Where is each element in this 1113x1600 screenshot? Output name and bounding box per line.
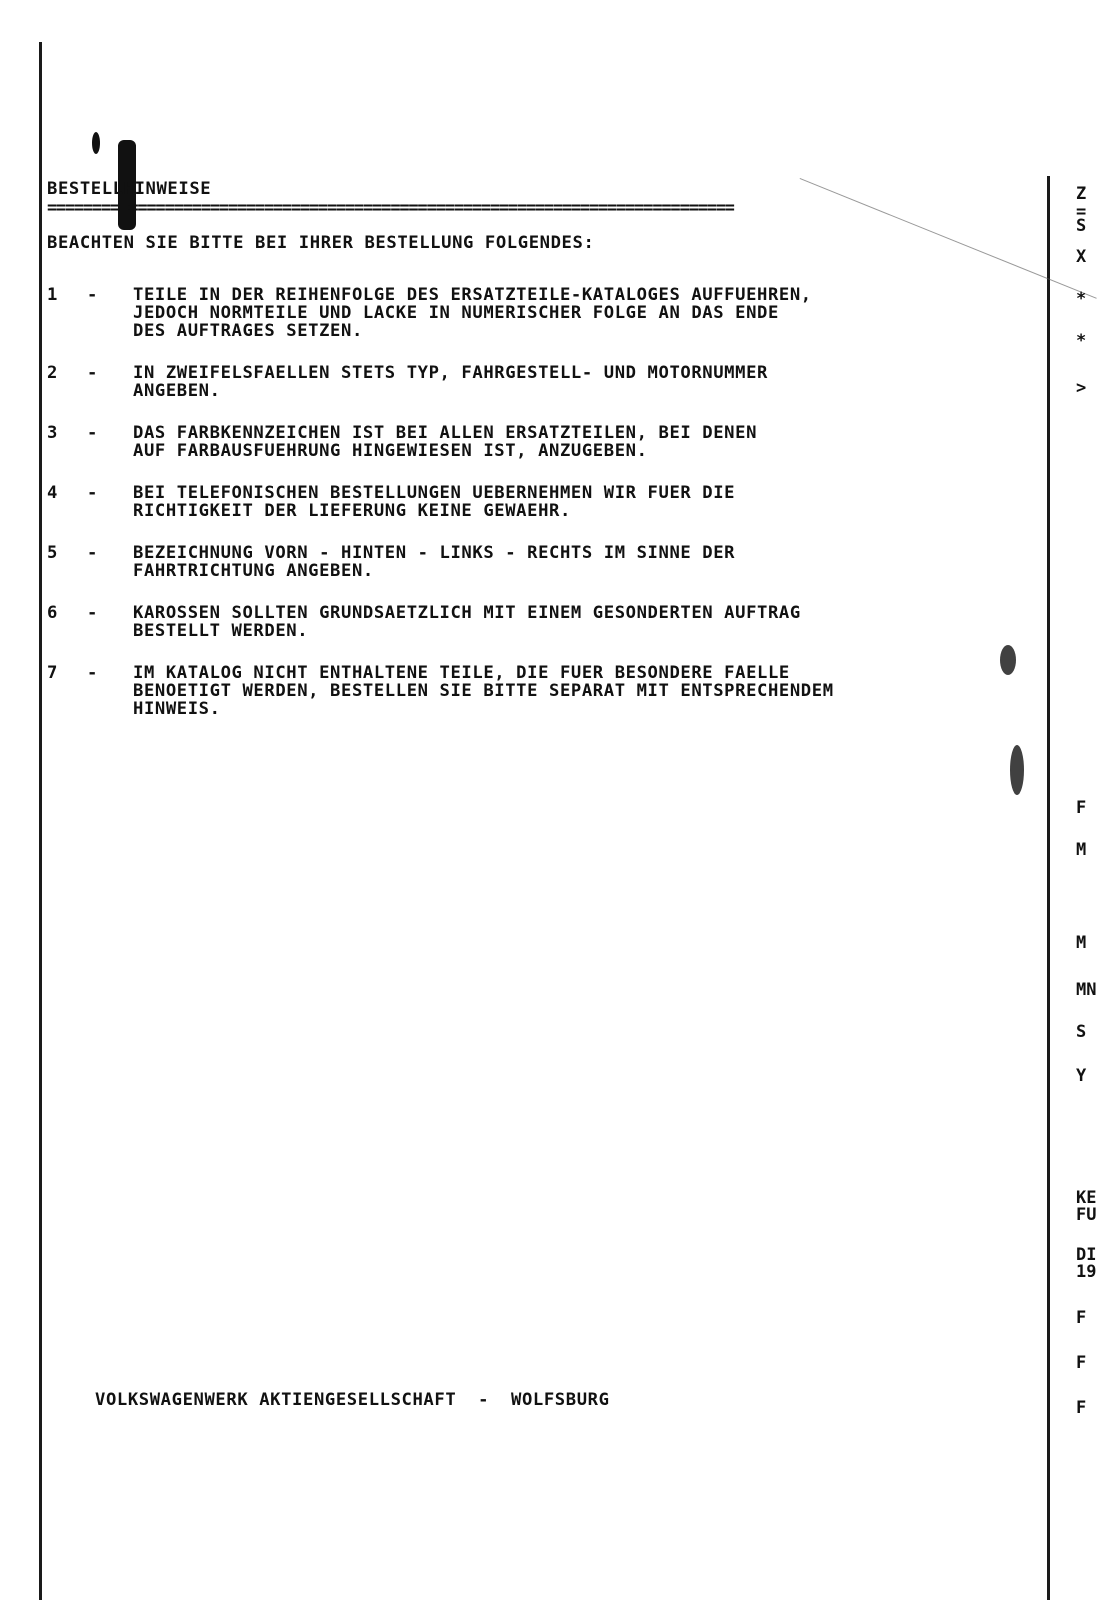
- side-fragment: X: [1076, 249, 1086, 266]
- item-dash: -: [87, 286, 133, 340]
- ink-blot: [92, 132, 100, 154]
- item-dash: -: [87, 604, 133, 640]
- side-fragment: DI 19: [1076, 1247, 1096, 1281]
- item-number: 6: [47, 604, 87, 640]
- item-dash: -: [87, 664, 133, 718]
- list-item: 1 - TEILE IN DER REIHENFOLGE DES ERSATZT…: [47, 286, 1042, 340]
- item-text: IM KATALOG NICHT ENTHALTENE TEILE, DIE F…: [133, 664, 834, 718]
- item-number: 2: [47, 364, 87, 400]
- intro-text: BEACHTEN SIE BITTE BEI IHRER BESTELLUNG …: [47, 234, 1042, 252]
- item-number: 5: [47, 544, 87, 580]
- side-fragment: KE FU: [1076, 1190, 1096, 1224]
- left-border-line: [39, 42, 42, 1600]
- item-text: BEZEICHNUNG VORN - HINTEN - LINKS - RECH…: [133, 544, 735, 580]
- notes-list: 1 - TEILE IN DER REIHENFOLGE DES ERSATZT…: [47, 286, 1042, 718]
- item-dash: -: [87, 364, 133, 400]
- side-fragment: M: [1076, 842, 1086, 859]
- ink-blot: [1010, 745, 1024, 795]
- publisher-footer: VOLKSWAGENWERK AKTIENGESELLSCHAFT - WOLF…: [95, 1390, 610, 1410]
- item-number: 3: [47, 424, 87, 460]
- side-fragment: F: [1076, 1355, 1086, 1372]
- side-fragment: S: [1076, 1024, 1086, 1041]
- side-fragment: Y: [1076, 1068, 1086, 1085]
- item-number: 1: [47, 286, 87, 340]
- side-fragment: >: [1076, 380, 1086, 397]
- item-number: 7: [47, 664, 87, 718]
- side-fragment: *: [1076, 333, 1086, 350]
- list-item: 6 - KAROSSEN SOLLTEN GRUNDSAETZLICH MIT …: [47, 604, 1042, 640]
- page-heading: BESTELLHINWEISE: [47, 180, 1042, 198]
- column-divider-line: [1047, 176, 1050, 1600]
- item-text: BEI TELEFONISCHEN BESTELLUNGEN UEBERNEHM…: [133, 484, 735, 520]
- side-fragment: M: [1076, 935, 1086, 952]
- side-fragment: Z: [1076, 186, 1086, 203]
- ordering-notes: BESTELLHINWEISE ========================…: [47, 180, 1042, 742]
- side-fragment: S: [1076, 218, 1086, 235]
- list-item: 3 - DAS FARBKENNZEICHEN IST BEI ALLEN ER…: [47, 424, 1042, 460]
- item-dash: -: [87, 484, 133, 520]
- item-text: KAROSSEN SOLLTEN GRUNDSAETZLICH MIT EINE…: [133, 604, 801, 640]
- item-text: IN ZWEIFELSFAELLEN STETS TYP, FAHRGESTEL…: [133, 364, 768, 400]
- heading-underline: ========================================…: [47, 200, 1042, 216]
- side-fragment: F: [1076, 1310, 1086, 1327]
- list-item: 7 - IM KATALOG NICHT ENTHALTENE TEILE, D…: [47, 664, 1042, 718]
- list-item: 2 - IN ZWEIFELSFAELLEN STETS TYP, FAHRGE…: [47, 364, 1042, 400]
- list-item: 4 - BEI TELEFONISCHEN BESTELLUNGEN UEBER…: [47, 484, 1042, 520]
- side-fragment: F: [1076, 1400, 1086, 1417]
- side-fragment: *: [1076, 291, 1086, 308]
- item-dash: -: [87, 424, 133, 460]
- list-item: 5 - BEZEICHNUNG VORN - HINTEN - LINKS - …: [47, 544, 1042, 580]
- side-fragment: MN: [1076, 982, 1096, 999]
- side-fragment: F: [1076, 800, 1086, 817]
- item-text: DAS FARBKENNZEICHEN IST BEI ALLEN ERSATZ…: [133, 424, 757, 460]
- item-text: TEILE IN DER REIHENFOLGE DES ERSATZTEILE…: [133, 286, 812, 340]
- item-dash: -: [87, 544, 133, 580]
- item-number: 4: [47, 484, 87, 520]
- scanned-page: BESTELLHINWEISE ========================…: [0, 0, 1113, 1600]
